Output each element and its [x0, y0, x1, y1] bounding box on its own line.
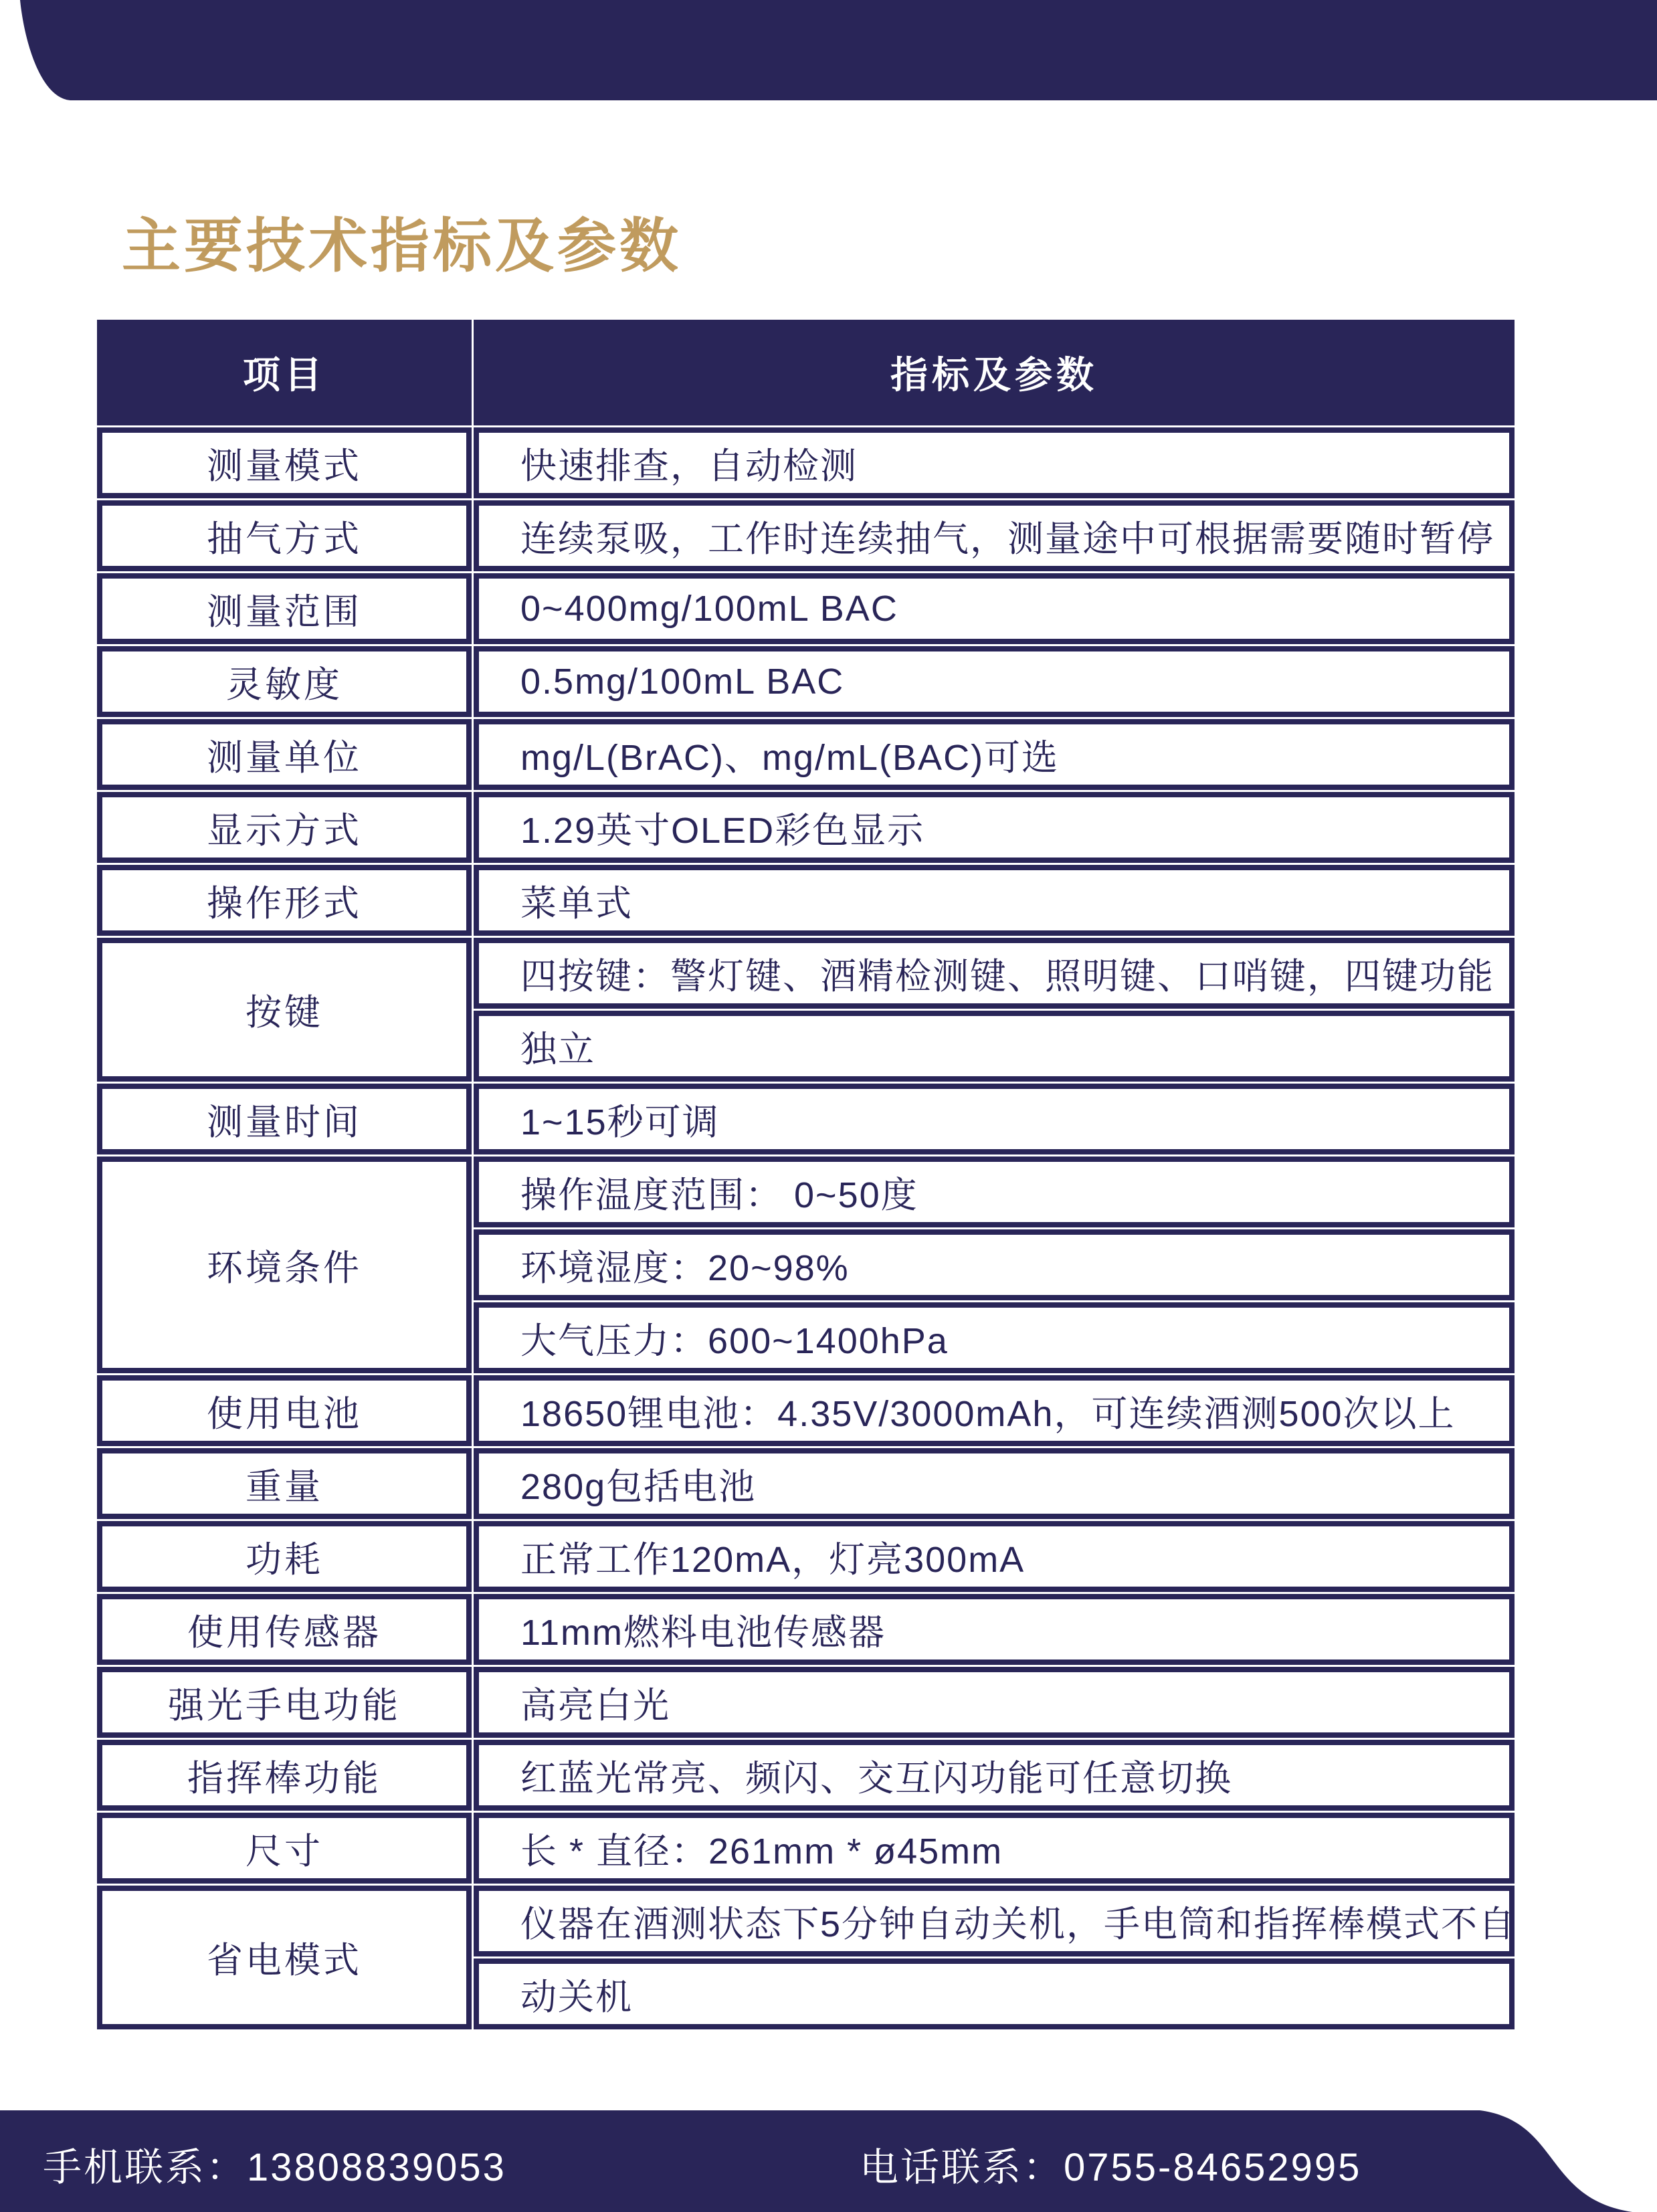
- table-row: 功耗 正常工作120mA，灯亮300mA: [97, 1521, 1515, 1592]
- table-row: 按键 四按键：警灯键、酒精检测键、照明键、口哨键，四键功能: [97, 938, 1515, 1009]
- row-label: 按键: [97, 938, 472, 1082]
- row-value: 0.5mg/100mL BAC: [474, 646, 1515, 717]
- row-value: 快速排查，自动检测: [474, 427, 1515, 498]
- row-value: 长 * 直径：261mm * ø45mm: [474, 1813, 1515, 1884]
- row-label: 抽气方式: [97, 500, 472, 571]
- col-header-spec: 指标及参数: [474, 320, 1515, 425]
- table-row: 抽气方式 连续泵吸，工作时连续抽气，测量途中可根据需要随时暂停: [97, 500, 1515, 571]
- row-label: 测量时间: [97, 1084, 472, 1154]
- table-row: 使用传感器 11mm燃料电池传感器: [97, 1594, 1515, 1665]
- row-label: 环境条件: [97, 1157, 472, 1373]
- mobile-contact-number: 13808839053: [247, 2146, 506, 2189]
- col-header-item: 项目: [97, 320, 472, 425]
- table-row: 重量 280g包括电池: [97, 1448, 1515, 1519]
- table-header-row: 项目 指标及参数: [97, 320, 1515, 425]
- row-label: 测量单位: [97, 719, 472, 790]
- row-value: 大气压力：600~1400hPa: [474, 1302, 1515, 1373]
- table-row: 测量单位 mg/L(BrAC)、mg/mL(BAC)可选: [97, 719, 1515, 790]
- row-label: 测量模式: [97, 427, 472, 498]
- row-value: 1.29英寸OLED彩色显示: [474, 792, 1515, 863]
- row-value: 操作温度范围： 0~50度: [474, 1157, 1515, 1227]
- row-label: 重量: [97, 1448, 472, 1519]
- row-value: 菜单式: [474, 865, 1515, 936]
- footer-phone-contact: 电话联系：0755-84652995: [860, 2146, 1361, 2190]
- mobile-contact-label: 手机联系：: [43, 2146, 247, 2189]
- row-label: 尺寸: [97, 1813, 472, 1884]
- row-label: 测量范围: [97, 573, 472, 644]
- table-row: 尺寸 长 * 直径：261mm * ø45mm: [97, 1813, 1515, 1884]
- row-value: 高亮白光: [474, 1667, 1515, 1738]
- row-value: 红蓝光常亮、频闪、交互闪功能可任意切换: [474, 1740, 1515, 1811]
- row-value: mg/L(BrAC)、mg/mL(BAC)可选: [474, 719, 1515, 790]
- table-row: 环境条件 操作温度范围： 0~50度: [97, 1157, 1515, 1227]
- phone-contact-number: 0755-84652995: [1064, 2146, 1361, 2189]
- phone-contact-label: 电话联系：: [860, 2146, 1064, 2189]
- row-label: 强光手电功能: [97, 1667, 472, 1738]
- row-value: 11mm燃料电池传感器: [474, 1594, 1515, 1665]
- row-value: 连续泵吸，工作时连续抽气，测量途中可根据需要随时暂停: [474, 500, 1515, 571]
- row-label: 显示方式: [97, 792, 472, 863]
- row-label: 省电模式: [97, 1886, 472, 2029]
- table-row: 指挥棒功能 红蓝光常亮、频闪、交互闪功能可任意切换: [97, 1740, 1515, 1811]
- table-row: 强光手电功能 高亮白光: [97, 1667, 1515, 1738]
- table-row: 显示方式 1.29英寸OLED彩色显示: [97, 792, 1515, 863]
- row-label: 指挥棒功能: [97, 1740, 472, 1811]
- page-title: 主要技术指标及参数: [122, 199, 682, 284]
- row-value: 280g包括电池: [474, 1448, 1515, 1519]
- row-label: 操作形式: [97, 865, 472, 936]
- row-label: 功耗: [97, 1521, 472, 1592]
- row-value: 正常工作120mA，灯亮300mA: [474, 1521, 1515, 1592]
- spec-sheet-page: 主要技术指标及参数 项目 指标及参数 测量模式 快速排查，自动检测 抽气方式 连…: [0, 0, 1657, 2212]
- row-value: 0~400mg/100mL BAC: [474, 573, 1515, 644]
- row-label: 使用传感器: [97, 1594, 472, 1665]
- table-row: 省电模式 仪器在酒测状态下5分钟自动关机，手电筒和指挥棒模式不自: [97, 1886, 1515, 1956]
- row-value: 四按键：警灯键、酒精检测键、照明键、口哨键，四键功能: [474, 938, 1515, 1009]
- table-row: 测量范围 0~400mg/100mL BAC: [97, 573, 1515, 644]
- row-label: 灵敏度: [97, 646, 472, 717]
- row-label: 使用电池: [97, 1375, 472, 1446]
- table-row: 测量时间 1~15秒可调: [97, 1084, 1515, 1154]
- table-row: 操作形式 菜单式: [97, 865, 1515, 936]
- header-curve-band: [0, 0, 1657, 100]
- table-row: 灵敏度 0.5mg/100mL BAC: [97, 646, 1515, 717]
- row-value: 动关机: [474, 1958, 1515, 2029]
- row-value: 18650锂电池：4.35V/3000mAh，可连续酒测500次以上: [474, 1375, 1515, 1446]
- spec-table: 项目 指标及参数 测量模式 快速排查，自动检测 抽气方式 连续泵吸，工作时连续抽…: [95, 318, 1517, 2031]
- footer-mobile-contact: 手机联系：13808839053: [43, 2146, 506, 2190]
- table-row: 使用电池 18650锂电池：4.35V/3000mAh，可连续酒测500次以上: [97, 1375, 1515, 1446]
- row-value: 独立: [474, 1011, 1515, 1082]
- row-value: 环境湿度：20~98%: [474, 1229, 1515, 1300]
- row-value: 1~15秒可调: [474, 1084, 1515, 1154]
- row-value: 仪器在酒测状态下5分钟自动关机，手电筒和指挥棒模式不自: [474, 1886, 1515, 1956]
- table-row: 测量模式 快速排查，自动检测: [97, 427, 1515, 498]
